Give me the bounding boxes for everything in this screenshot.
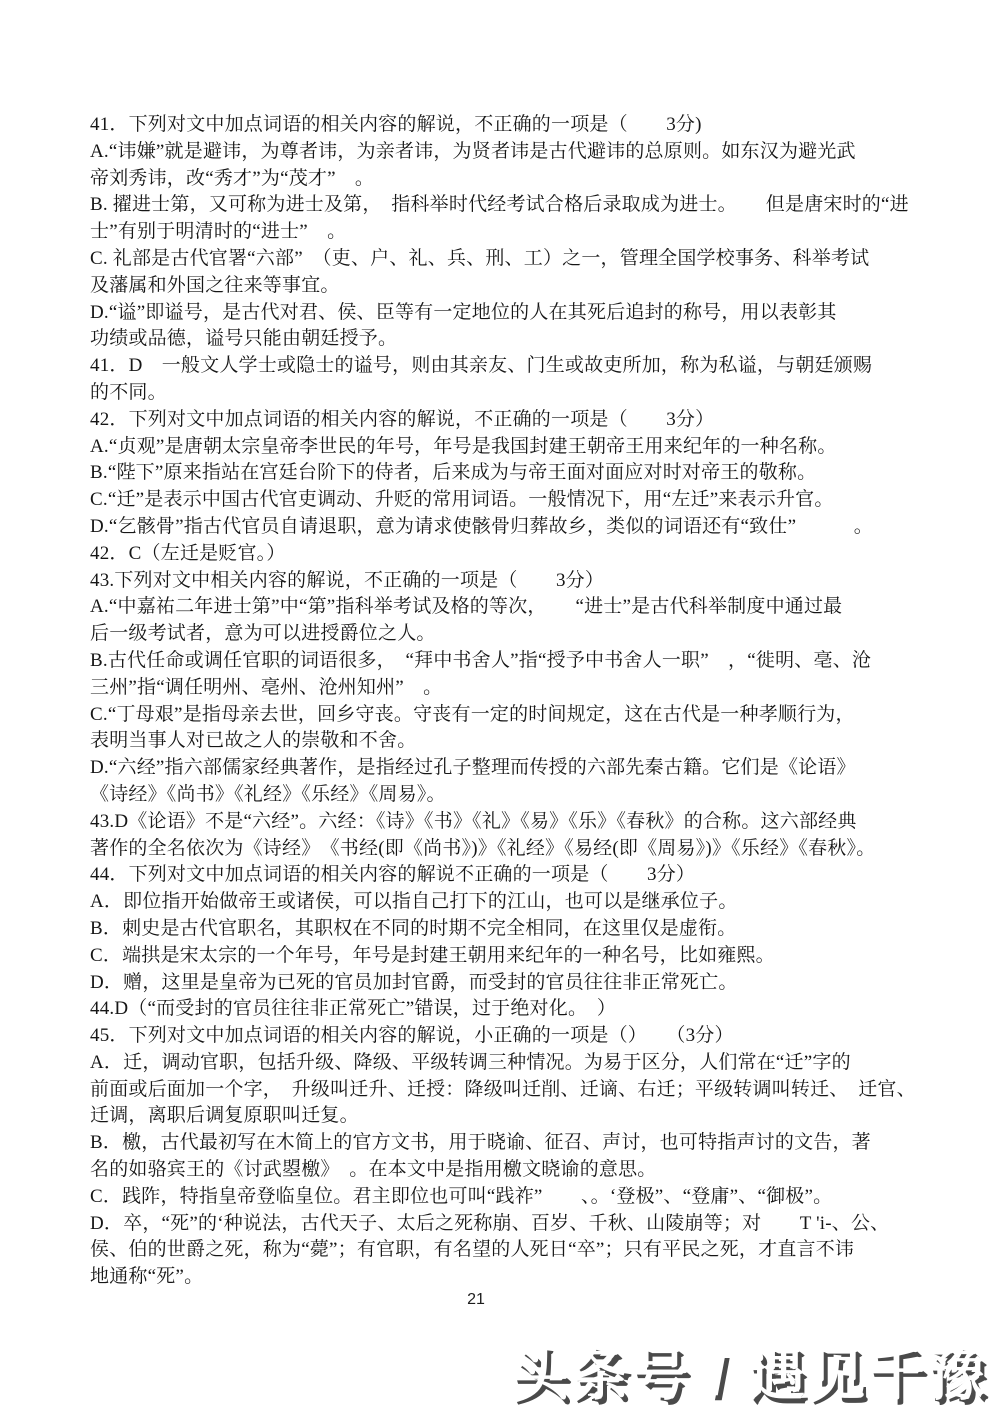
question-41-option-d-cont: 功绩或品德，谥号只能由朝廷授予。: [90, 326, 920, 353]
question-45-option-a-cont1: 前面或后面加一个字， 升级叫迁升、迁授：降级叫迁削、迁谪、右迁；平级转调叫转迁、…: [90, 1077, 920, 1104]
question-45-heading: 45．下列对文中加点词语的相关内容的解说，小正确的一项是（） （3分）: [90, 1023, 920, 1050]
question-43-option-d-cont: 《诗经》《尚书》《礼经》《乐经》《周易》。: [90, 782, 920, 809]
question-45-option-d: D．卒，“死”的‘种说法，古代天子、太后之死称崩、百岁、千秋、山陵崩等；对 T …: [90, 1211, 920, 1238]
question-44-heading: 44．下列对文中加点词语的相关内容的解说不正确的一项是（ 3分）: [90, 862, 920, 889]
toutiao-watermark: 头条号 / 遇见千豫: [511, 1329, 988, 1411]
question-42-option-a: A.“贞观”是唐朝太宗皇帝李世民的年号，年号是我国封建王朝帝王用来纪年的一种名称…: [90, 434, 920, 461]
question-43-heading: 43.下列对文中相关内容的解说，不正确的一项是（ 3分）: [90, 568, 920, 595]
question-42-heading: 42．下列对文中加点词语的相关内容的解说，不正确的一项是（ 3分）: [90, 407, 920, 434]
question-43-option-d: D.“六经”指六部儒家经典著作，是指经过孔子整理而传授的六部先秦古籍。它们是《论…: [90, 755, 920, 782]
question-43-answer-cont: 著作的全名依次为《诗经》 《书经(即《尚书》)》《礼经》《易经(即《周易》)》《…: [90, 836, 920, 863]
question-41-answer: 41．D 一般文人学士或隐士的谥号，则由其亲友、门生或故吏所加，称为私谥，与朝廷…: [90, 353, 920, 380]
question-43-option-b-cont: 三州”指“调任明州、亳州、沧州知州” 。: [90, 675, 920, 702]
question-42-answer: 42．C（左迁是贬官。）: [90, 541, 920, 568]
question-43-option-b: B.古代任命或调任官职的词语很多， “拜中书舍人”指“授予中书舍人一职” ，“徙…: [90, 648, 920, 675]
question-45-option-d-cont1: 侯、伯的世爵之死，称为“薨”；有官职，有名望的人死日“卒”；只有平民之死，才直言…: [90, 1237, 920, 1264]
question-41-option-c: C. 礼部是古代官署“六部” （吏、户、礼、兵、刑、工）之一，管理全国学校事务、…: [90, 246, 920, 273]
question-43-option-a-cont: 后一级考试者，意为可以进授爵位之人。: [90, 621, 920, 648]
question-41-answer-cont: 的不同。: [90, 380, 920, 407]
question-41-option-c-cont: 及藩属和外国之往来等事宜。: [90, 273, 920, 300]
question-42-option-b: B.“陛下”原来指站在宫廷台阶下的侍者，后来成为与帝王面对面应对时对帝王的敬称。: [90, 460, 920, 487]
question-43-option-c: C.“丁母艰”是指母亲去世，回乡守丧。守丧有一定的时间规定，这在古代是一种孝顺行…: [90, 702, 920, 729]
question-42-option-d: D.“乞骸骨”指古代官员自请退职，意为请求使骸骨归葬故乡，类似的词语还有“致仕”…: [90, 514, 920, 541]
page-number: 21: [467, 1291, 485, 1309]
exam-text-block: 41．下列对文中加点词语的相关内容的解说，不正确的一项是（ 3分) A.“讳嫌”…: [90, 112, 920, 1291]
question-42-option-c: C.“迁”是表示中国古代官吏调动、升贬的常用词语。一般情况下，用“左迁”来表示升…: [90, 487, 920, 514]
question-44-option-b: B．刺史是古代官职名，其职权在不同的时期不完全相同，在这里仅是虚衔。: [90, 916, 920, 943]
question-43-answer: 43.D《论语》不是“六经”。六经：《诗》《书》《礼》《易》《乐》《春秋》的合称…: [90, 809, 920, 836]
question-41-option-a-cont: 帝刘秀讳，改“秀才”为“茂才” 。: [90, 166, 920, 193]
question-44-answer: 44.D（“而受封的官员往往非正常死亡”错误，过于绝对化。 ）: [90, 996, 920, 1023]
question-44-option-d: D．赠，这里是皇帝为已死的官员加封官爵，而受封的官员往往非正常死亡。: [90, 970, 920, 997]
question-44-option-a: A．即位指开始做帝王或诸侯，可以指自己打下的江山，也可以是继承位子。: [90, 889, 920, 916]
question-45-option-b-cont: 名的如骆宾王的《讨武曌檄》 。在本文中是指用檄文晓谕的意思。: [90, 1157, 920, 1184]
question-45-option-c: C．践阼，特指皇帝登临皇位。君主即位也可叫“践祚” 、。‘登极”、“登庸”、“御…: [90, 1184, 920, 1211]
question-41-heading: 41．下列对文中加点词语的相关内容的解说，不正确的一项是（ 3分): [90, 112, 920, 139]
question-45-option-a-cont2: 迁调，离职后调复原职叫迁复。: [90, 1103, 920, 1130]
question-45-option-d-cont2: 地通称“死”。: [90, 1264, 920, 1291]
question-41-option-b-cont: 士”有别于明清时的“进士” 。: [90, 219, 920, 246]
question-44-option-c: C．端拱是宋太宗的一个年号，年号是封建王朝用来纪年的一种名号，比如雍熙。: [90, 943, 920, 970]
question-45-option-b: B．檄，古代最初写在木简上的官方文书，用于晓谕、征召、声讨，也可特指声讨的文告，…: [90, 1130, 920, 1157]
question-43-option-a: A.“中嘉祐二年进士第”中“第”指科举考试及格的等次， “进士”是古代科举制度中…: [90, 594, 920, 621]
question-45-option-a: A．迁，调动官职，包括升级、降级、平级转调三种情况。为易于区分，人们常在“迁”字…: [90, 1050, 920, 1077]
question-41-option-a: A.“讳嫌”就是避讳，为尊者讳，为亲者讳，为贤者讳是古代避讳的总原则。如东汉为避…: [90, 139, 920, 166]
question-41-option-d: D.“谥”即谥号，是古代对君、侯、臣等有一定地位的人在其死后追封的称号，用以表彰…: [90, 300, 920, 327]
question-41-option-b: B. 擢进士第，又可称为进士及第， 指科举时代经考试合格后录取成为进士。 但是唐…: [90, 192, 920, 219]
question-43-option-c-cont: 表明当事人对已故之人的崇敬和不舍。: [90, 728, 920, 755]
